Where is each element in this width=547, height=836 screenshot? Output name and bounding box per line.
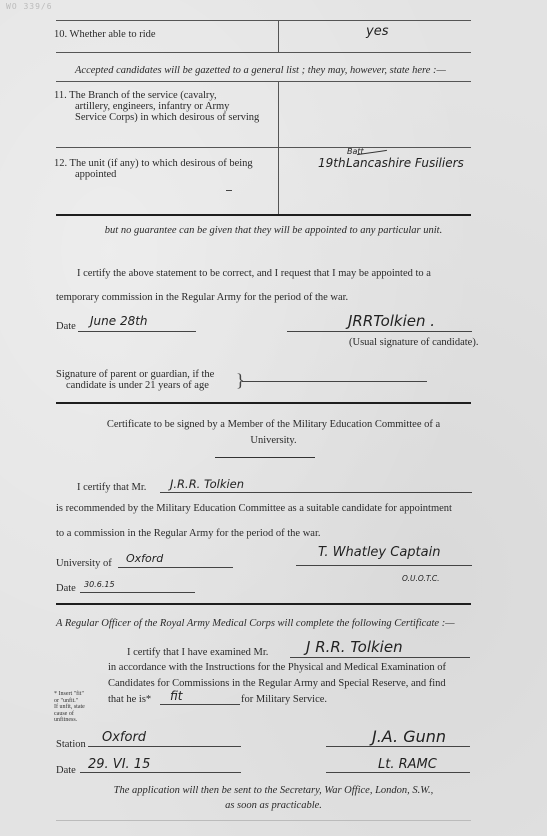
margin-note: * Insert "fit" or "unfit." If unfit, sta… xyxy=(54,691,85,724)
medical-certify-label: I certify that I have examined Mr. xyxy=(127,646,268,659)
margin-note-line: If unfit, state xyxy=(54,704,85,711)
medical-date-line xyxy=(80,772,241,773)
committee-date-line xyxy=(80,592,195,593)
medical-candidate-name[interactable]: J R.R. Tolkien xyxy=(306,638,403,656)
committee-name-line xyxy=(160,492,472,493)
medical-date-value[interactable]: 29. VI. 15 xyxy=(88,757,150,772)
brace: } xyxy=(236,368,245,392)
fit-prefix: that he is* xyxy=(108,693,151,706)
guardian-signature-line[interactable] xyxy=(242,381,427,382)
q10-bottom-rule xyxy=(56,52,471,53)
medical-signature-rank: Lt. RAMC xyxy=(378,757,437,772)
candidate-date-label: Date xyxy=(56,320,76,333)
q12-bottom-rule xyxy=(56,214,471,216)
guardian-bottom-rule xyxy=(56,402,471,404)
q10-label: 10. Whether able to ride xyxy=(54,28,156,41)
candidate-signature-caption: (Usual signature of candidate). xyxy=(349,336,478,349)
medical-signature[interactable]: J.A. Gunn xyxy=(372,727,446,746)
medical-line2: in accordance with the Instructions for … xyxy=(108,661,446,674)
footer-rule xyxy=(56,820,471,821)
guardian-label-line2: candidate is under 21 years of age xyxy=(66,379,209,392)
gazette-bottom-rule xyxy=(56,81,471,82)
fit-value[interactable]: fit xyxy=(170,689,182,703)
footer-line2: as soon as practicable. xyxy=(0,799,547,812)
fit-line xyxy=(160,704,240,705)
station-line xyxy=(88,746,241,747)
column-divider-q10 xyxy=(278,20,279,52)
q11-bottom-rule xyxy=(56,147,471,148)
margin-note-line: * Insert "fit" xyxy=(54,691,85,698)
q12-answer-prefix: 19th xyxy=(318,156,346,170)
candidate-signature-line xyxy=(287,331,472,332)
gazette-note: Accepted candidates will be gazetted to … xyxy=(75,64,446,77)
committee-bottom-rule xyxy=(56,603,471,605)
form-page: WO 339/6 10. Whether able to ride yes Ac… xyxy=(0,0,547,836)
medical-signature-line xyxy=(326,746,470,747)
committee-date-label: Date xyxy=(56,582,76,595)
committee-certify-label: I certify that Mr. xyxy=(77,481,146,494)
committee-candidate-name[interactable]: J.R.R. Tolkien xyxy=(170,477,244,491)
candidate-date-value[interactable]: June 28th xyxy=(90,314,148,328)
q11-answer-field[interactable] xyxy=(284,86,469,140)
candidate-signature[interactable]: JRRTolkien . xyxy=(348,312,435,330)
station-label: Station xyxy=(56,738,86,751)
medical-line3: Candidates for Commissions in the Regula… xyxy=(108,677,446,690)
committee-signature-sub: O.U.O.T.C. xyxy=(402,574,440,583)
guarantee-note: but no guarantee can be given that they … xyxy=(0,224,547,237)
fit-suffix: for Military Service. xyxy=(241,693,327,706)
q12-label-line2: appointed xyxy=(75,168,116,181)
tick-mark xyxy=(226,190,232,191)
candidate-date-line xyxy=(78,331,196,332)
university-value[interactable]: Oxford xyxy=(126,552,163,565)
committee-line3: to a commission in the Regular Army for … xyxy=(56,527,320,540)
medical-heading: A Regular Officer of the Royal Army Medi… xyxy=(56,617,455,630)
committee-line2: is recommended by the Military Education… xyxy=(56,502,452,515)
committee-date-value[interactable]: 30.6.15 xyxy=(84,580,115,589)
committee-signature[interactable]: T. Whatley Captain xyxy=(318,545,440,560)
margin-note-line: unfitness. xyxy=(54,717,85,724)
q12-answer[interactable]: Lancashire Fusiliers xyxy=(346,156,464,170)
q12-answer-insert: Batt xyxy=(347,147,364,156)
medical-name-line xyxy=(290,657,470,658)
university-line xyxy=(118,567,233,568)
q11-label-line3: Service Corps) in which desirous of serv… xyxy=(75,111,259,124)
table-top-rule xyxy=(56,20,471,21)
archive-stamp: WO 339/6 xyxy=(6,2,53,11)
medical-date-label: Date xyxy=(56,764,76,777)
q10-answer[interactable]: yes xyxy=(366,24,388,39)
candidate-cert-line1: I certify the above statement to be corr… xyxy=(77,267,431,280)
committee-signature-line xyxy=(296,565,472,566)
medical-rank-line xyxy=(326,772,470,773)
station-value[interactable]: Oxford xyxy=(102,730,146,745)
committee-heading-rule xyxy=(215,457,315,458)
committee-heading-line1: Certificate to be signed by a Member of … xyxy=(0,418,547,431)
university-label: University of xyxy=(56,557,112,570)
committee-heading-line2: University. xyxy=(0,434,547,447)
candidate-cert-line2: temporary commission in the Regular Army… xyxy=(56,291,348,304)
footer-line1: The application will then be sent to the… xyxy=(0,784,547,797)
